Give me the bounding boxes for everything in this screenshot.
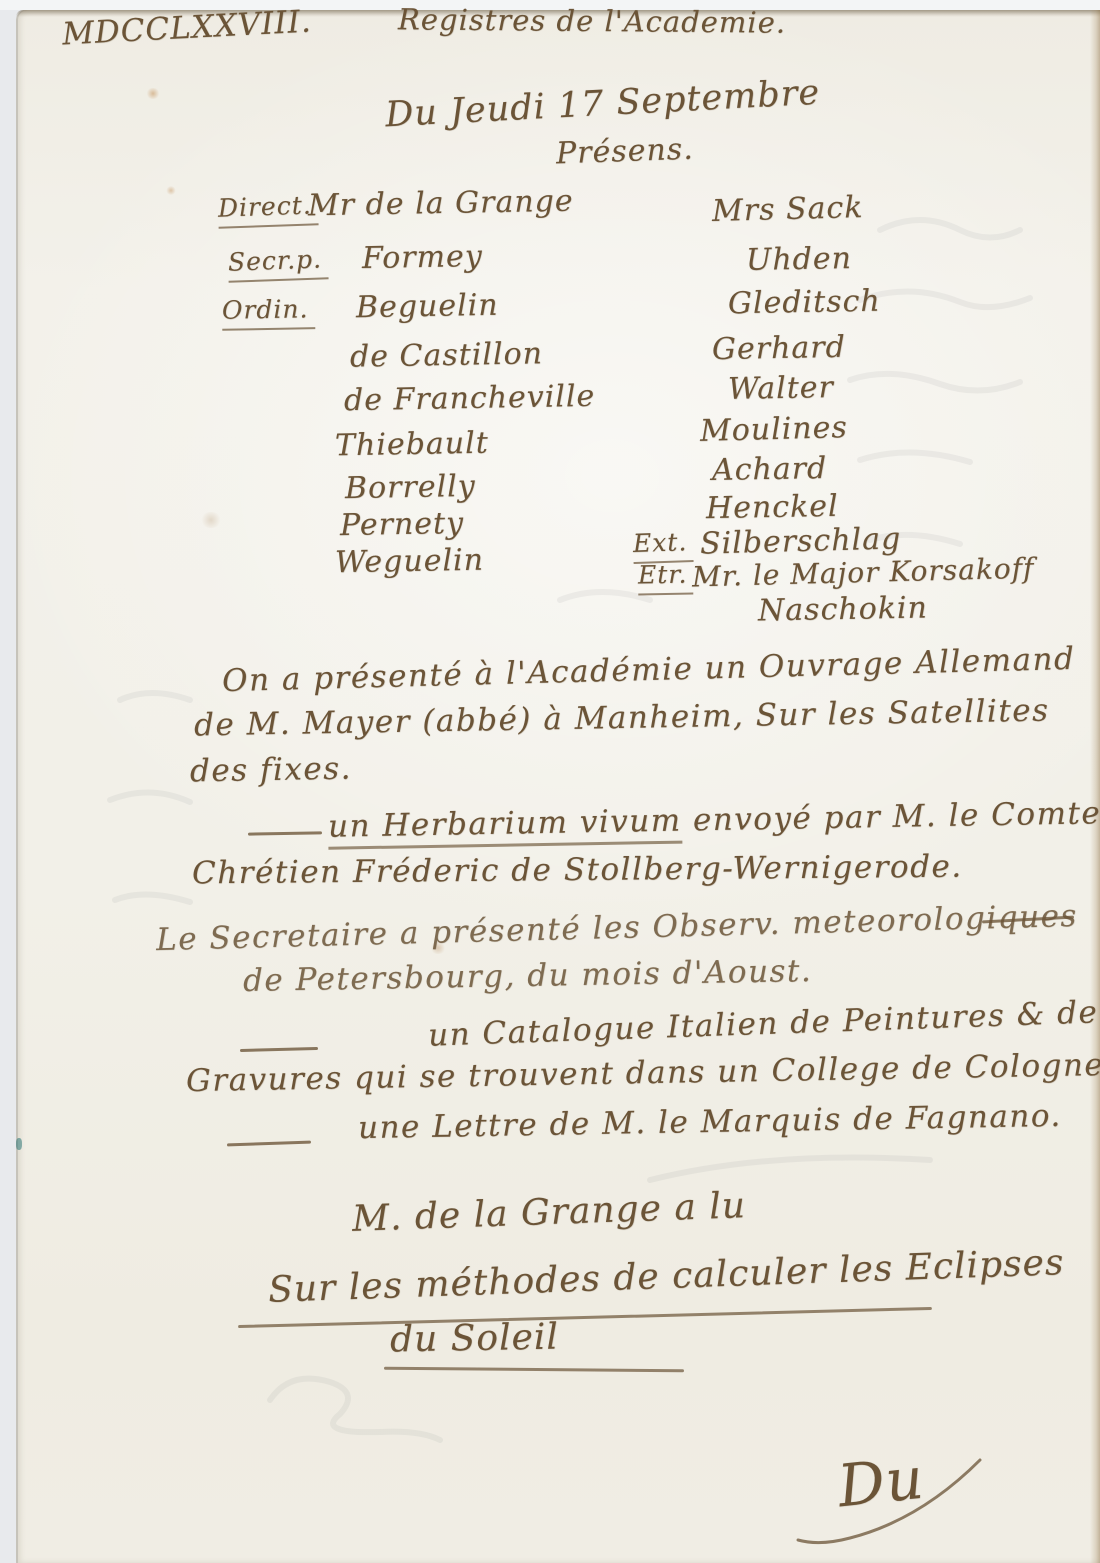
attendee-name: Walter [728, 370, 834, 407]
attendee-name: Henckel [706, 489, 839, 526]
binding-edge [1090, 10, 1100, 1563]
attendee-name: Gleditsch [728, 284, 881, 322]
attendee-name: Weguelin [335, 543, 485, 581]
attendee-name: Formey [362, 239, 483, 276]
attendee-name: Borrelly [345, 469, 476, 506]
underlined-phrase: un Herbarium vivum [328, 803, 682, 850]
attendee-name: Thiebault [335, 426, 489, 464]
attendee-name: Pernety [340, 506, 465, 543]
attendee-role: Etr. [638, 560, 694, 596]
attendee-name: Moulines [700, 410, 849, 449]
attendee-name: Uhden [746, 241, 852, 278]
attendee-name: Naschokin [758, 591, 928, 629]
minute-line-rest: envoyé par M. le Comte [681, 795, 1100, 838]
attendee-name: Beguelin [356, 288, 499, 325]
attendee-name: de Francheville [344, 379, 596, 418]
minute-line: Chrétien Fréderic de Stollberg-Wernigero… [192, 849, 963, 892]
attendee-name: de Castillon [350, 336, 544, 374]
register-title: Registres de l'Academie. [398, 2, 786, 39]
minute-line: des fixes. [190, 751, 353, 790]
memoir-title-line2: du Soleil [390, 1317, 560, 1361]
attendee-role: Secr.p. [227, 244, 328, 282]
attendee-role: Direct. [217, 190, 318, 228]
attendee-role: Ordin. [222, 294, 315, 331]
attendee-role: Ext. [632, 527, 694, 564]
attendee-name: Achard [712, 451, 828, 488]
attendee-name: Mr de la Grange [308, 184, 574, 224]
presents-label: Présens. [555, 132, 694, 172]
attendee-name: Gerhard [712, 330, 846, 367]
attendee-name: Mrs Sack [712, 190, 864, 229]
manuscript-scan: { "colors": { "ink": "#6b5437", "paper":… [0, 0, 1100, 1563]
catchword: Du [835, 1444, 927, 1521]
